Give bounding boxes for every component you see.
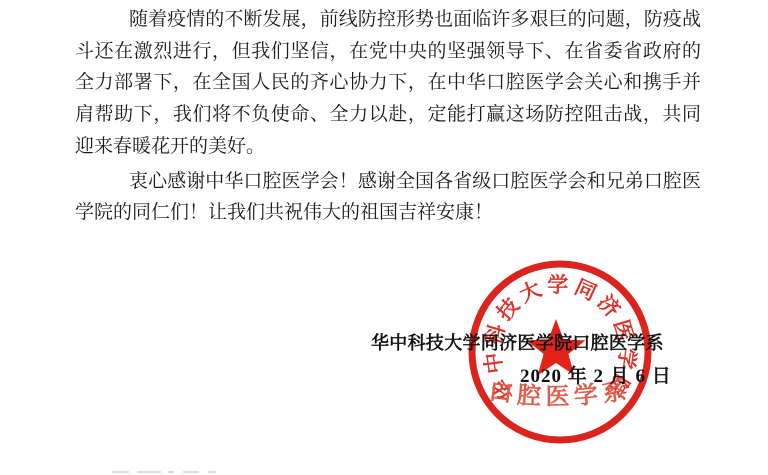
body-line-2: 斗还在激烈进行，但我们坚信，在党中央的坚强领导下、在省委省政府的 bbox=[75, 40, 701, 63]
document-page: 随着疫情的不断发展，前线防控形势也面临许多艰巨的问题，防疫战 斗还在激烈进行，但… bbox=[0, 0, 768, 475]
body-line-4: 肩帮助下，我们将不负使命、全力以赴，定能打赢这场防控阻击战，共同 bbox=[75, 103, 701, 126]
scan-artifact bbox=[168, 471, 174, 473]
signature-org-name: 华中科技大学同济医学院口腔医学系 bbox=[371, 329, 664, 355]
scan-artifact bbox=[208, 471, 216, 473]
scan-artifact bbox=[112, 471, 129, 473]
scan-artifact bbox=[137, 471, 161, 473]
body-line-1: 随着疫情的不断发展，前线防控形势也面临许多艰巨的问题，防疫战 bbox=[75, 8, 701, 31]
body-line-5: 迎来春暖花开的美好。 bbox=[75, 135, 701, 158]
body-line-6: 衷心感谢中华口腔医学会！感谢全国各省级口腔医学会和兄弟口腔医 bbox=[75, 170, 701, 193]
scan-artifact bbox=[183, 471, 199, 473]
body-line-3: 全力部署下，在全国人民的齐心协力下，在中华口腔医学会关心和携手并 bbox=[75, 71, 701, 94]
body-line-7: 学院的同仁们！让我们共祝伟大的祖国吉祥安康！ bbox=[75, 201, 701, 224]
signature-date: 2020 年 2 月 6 日 bbox=[520, 361, 672, 388]
